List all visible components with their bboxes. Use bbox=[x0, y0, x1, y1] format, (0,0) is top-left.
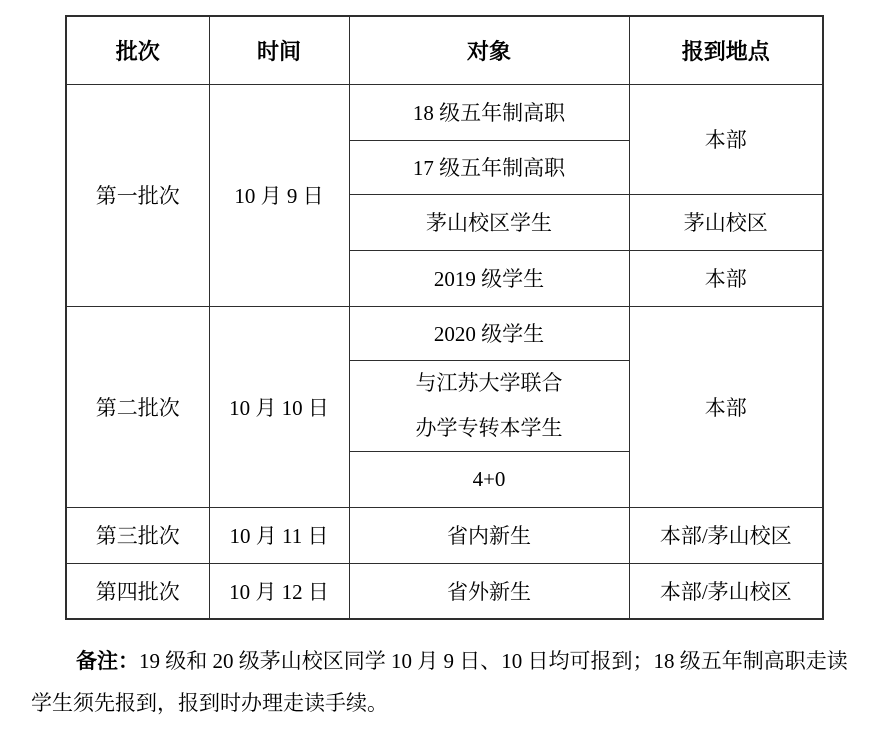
footnote-text: 19 级和 20 级茅山校区同学 10 月 9 日、10 日均可报到；18 级五… bbox=[31, 649, 848, 715]
batch2-target3-cell: 4+0 bbox=[349, 451, 629, 507]
registration-schedule-table: 批次 时间 对象 报到地点 第一批次 10 月 9 日 18 级五年制高职 本部… bbox=[65, 15, 824, 620]
batch2-target2-line1: 与江苏大学联合 bbox=[354, 361, 625, 406]
batch3-target-cell: 省内新生 bbox=[349, 507, 629, 563]
table-row: 第四批次 10 月 12 日 省外新生 本部/茅山校区 bbox=[66, 563, 823, 619]
footnote-label: 备注： bbox=[76, 649, 139, 673]
batch3-location-cell: 本部/茅山校区 bbox=[629, 507, 823, 563]
document-page: 批次 时间 对象 报到地点 第一批次 10 月 9 日 18 级五年制高职 本部… bbox=[0, 0, 893, 744]
batch1-time-cell: 10 月 9 日 bbox=[209, 84, 349, 306]
batch2-time-cell: 10 月 10 日 bbox=[209, 306, 349, 507]
batch2-target1-cell: 2020 级学生 bbox=[349, 306, 629, 360]
batch2-location-cell: 本部 bbox=[629, 306, 823, 507]
table-row: 第三批次 10 月 11 日 省内新生 本部/茅山校区 bbox=[66, 507, 823, 563]
batch1-name-cell: 第一批次 bbox=[66, 84, 209, 306]
table-row: 第二批次 10 月 10 日 2020 级学生 本部 bbox=[66, 306, 823, 360]
batch4-time-cell: 10 月 12 日 bbox=[209, 563, 349, 619]
header-location: 报到地点 bbox=[629, 16, 823, 84]
batch2-name-cell: 第二批次 bbox=[66, 306, 209, 507]
batch1-location3-cell: 茅山校区 bbox=[629, 194, 823, 250]
batch1-target3-cell: 茅山校区学生 bbox=[349, 194, 629, 250]
batch2-target2-line2: 办学专转本学生 bbox=[354, 406, 625, 451]
footnote: 备注：19 级和 20 级茅山校区同学 10 月 9 日、10 日均可报到；18… bbox=[31, 640, 853, 724]
batch1-location12-cell: 本部 bbox=[629, 84, 823, 194]
batch1-target1-cell: 18 级五年制高职 bbox=[349, 84, 629, 140]
batch3-time-cell: 10 月 11 日 bbox=[209, 507, 349, 563]
batch1-target2-cell: 17 级五年制高职 bbox=[349, 140, 629, 194]
header-time: 时间 bbox=[209, 16, 349, 84]
batch4-target-cell: 省外新生 bbox=[349, 563, 629, 619]
batch1-location4-cell: 本部 bbox=[629, 250, 823, 306]
header-row: 批次 时间 对象 报到地点 bbox=[66, 16, 823, 84]
batch4-location-cell: 本部/茅山校区 bbox=[629, 563, 823, 619]
table-row: 第一批次 10 月 9 日 18 级五年制高职 本部 bbox=[66, 84, 823, 140]
header-target: 对象 bbox=[349, 16, 629, 84]
batch4-name-cell: 第四批次 bbox=[66, 563, 209, 619]
batch1-target4-cell: 2019 级学生 bbox=[349, 250, 629, 306]
header-batch: 批次 bbox=[66, 16, 209, 84]
batch2-target2-cell: 与江苏大学联合 办学专转本学生 bbox=[349, 360, 629, 451]
batch3-name-cell: 第三批次 bbox=[66, 507, 209, 563]
